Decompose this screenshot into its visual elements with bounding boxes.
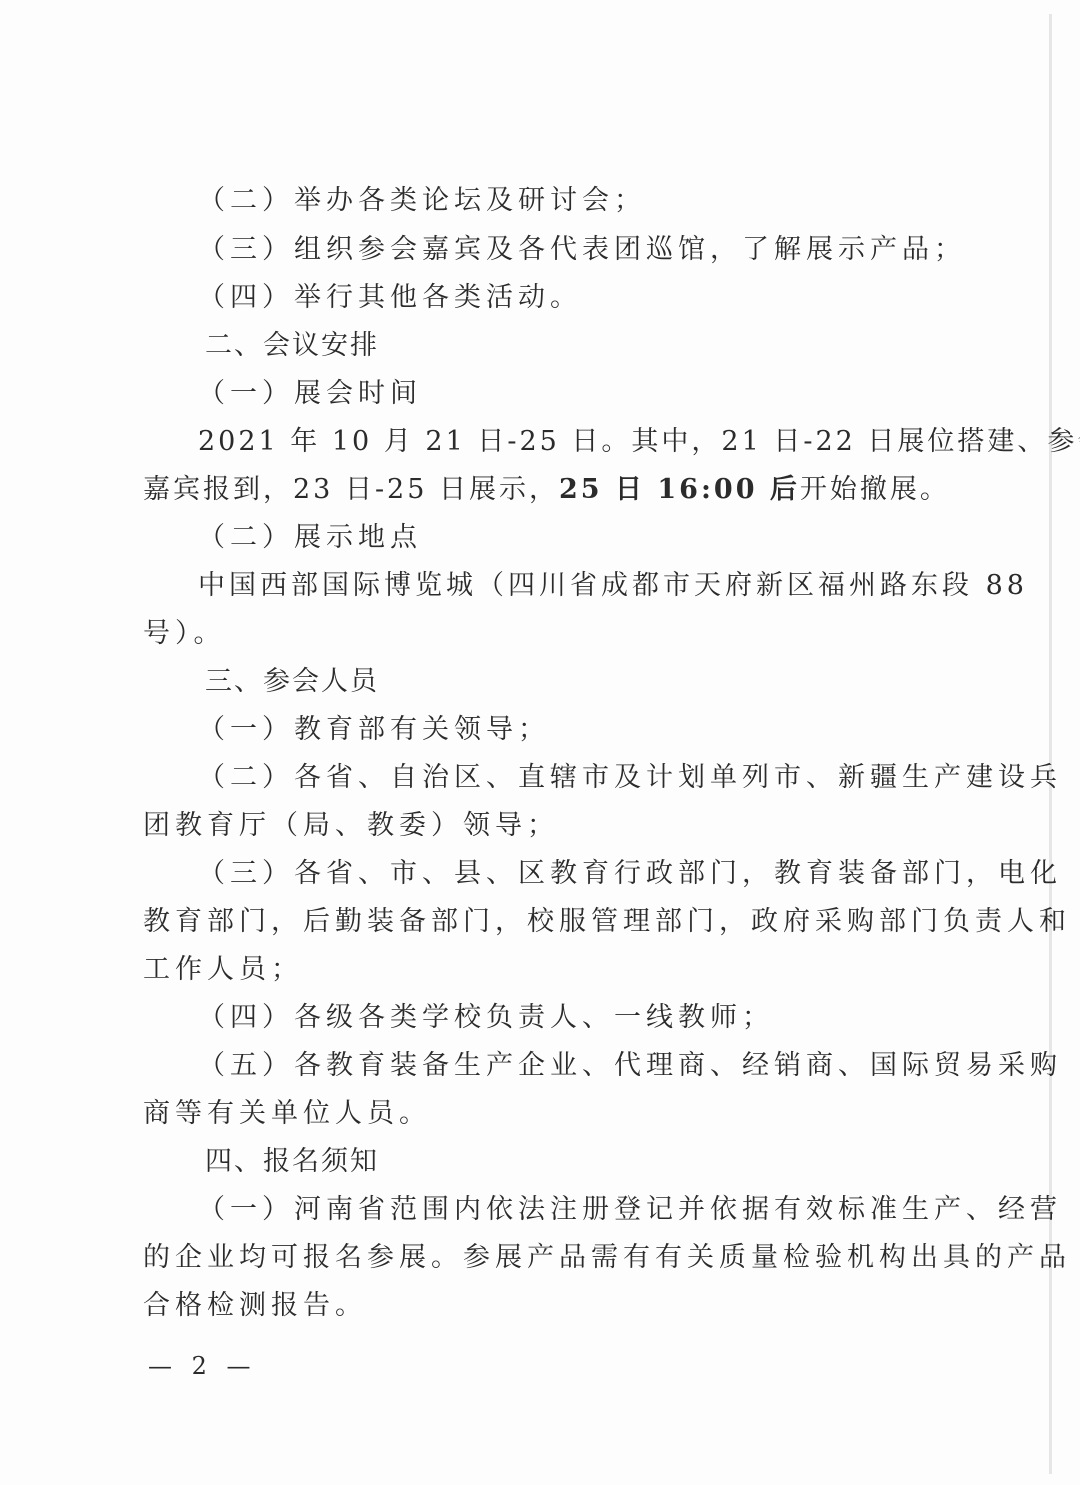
list-item: （三）组织参会嘉宾及各代表团巡馆，了解展示产品； (198, 232, 966, 268)
list-item: （一）河南省范围内依法注册登记并依据有效标准生产、经营 (198, 1192, 1062, 1228)
list-item: （四）各级各类学校负责人、一线教师； (198, 1000, 774, 1036)
section-heading: 四、报名须知 (205, 1144, 379, 1180)
paragraph-line: 2021 年 10 月 21 日-25 日。其中，21 日-22 日展位搭建、参… (198, 424, 1080, 460)
list-item: 工作人员； (143, 952, 303, 988)
plain-text: 嘉宾报到，23 日-25 日展示， (143, 474, 559, 505)
paragraph-line: 中国西部国际博览城（四川省成都市天府新区福州路东段 88 (198, 568, 1028, 604)
section-heading: 二、会议安排 (205, 328, 379, 364)
document-page: （二）举办各类论坛及研讨会； （三）组织参会嘉宾及各代表团巡馆，了解展示产品； … (0, 0, 1080, 1485)
list-item: （一）教育部有关领导； (198, 712, 550, 748)
bold-text: 25 日 16:00 后 (559, 474, 800, 505)
list-item: 教育部门，后勤装备部门，校服管理部门，政府采购部门负责人和 (143, 904, 1071, 940)
list-item: （二）举办各类论坛及研讨会； (198, 183, 646, 219)
paragraph-line: 嘉宾报到，23 日-25 日展示，25 日 16:00 后开始撤展。 (143, 472, 950, 508)
list-item: （五）各教育装备生产企业、代理商、经销商、国际贸易采购 (198, 1048, 1062, 1084)
list-item: 合格检测报告。 (143, 1288, 367, 1324)
subsection-heading: （二）展示地点 (198, 520, 422, 556)
list-item: （二）各省、自治区、直辖市及计划单列市、新疆生产建设兵 (198, 760, 1062, 796)
page-number: — 2 — (148, 1352, 257, 1380)
subsection-heading: （一）展会时间 (198, 376, 422, 412)
list-item: 商等有关单位人员。 (143, 1096, 431, 1132)
plain-text: 开始撤展。 (800, 474, 950, 505)
list-item: （三）各省、市、县、区教育行政部门，教育装备部门，电化 (198, 856, 1062, 892)
section-heading: 三、参会人员 (205, 664, 379, 700)
list-item: 团教育厅（局、教委）领导； (143, 808, 559, 844)
list-item: 的企业均可报名参展。参展产品需有有关质量检验机构出具的产品 (143, 1240, 1071, 1276)
paragraph-line: 号）。 (143, 616, 226, 652)
list-item: （四）举行其他各类活动。 (198, 280, 582, 316)
